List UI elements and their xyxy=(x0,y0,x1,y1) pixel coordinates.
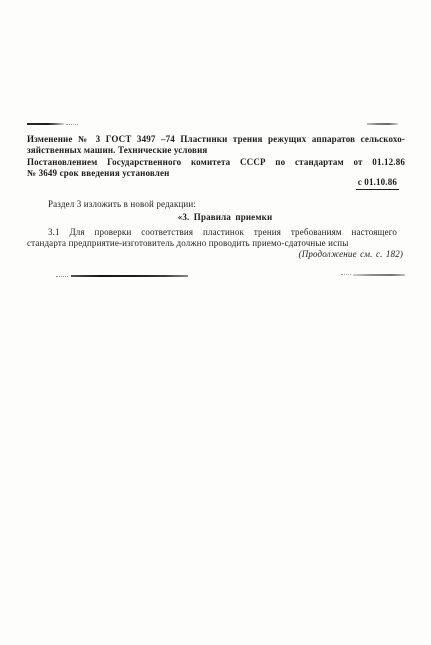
decree-paragraph: Постановлением Государственного комитета… xyxy=(27,157,405,178)
effective-date-row: с 01.10.86 xyxy=(27,177,405,190)
effective-date-value: с 01.10.86 xyxy=(356,177,399,190)
amendment-title-line-1: Изменение № 3 ГОСТ 3497 –74 Пластинки тр… xyxy=(27,134,405,145)
scan-artifact-rule-top-right xyxy=(367,123,398,125)
continuation-note: (Продолжение см. с. 182) xyxy=(27,249,405,260)
scan-artifact-rule-bottom-right xyxy=(353,274,405,276)
scan-artifact-rule-top-left xyxy=(27,123,64,125)
clause-3-1-line-2: стандарта предприятие-изготовитель должн… xyxy=(27,238,397,249)
scanned-document-page: Изменение № 3 ГОСТ 3497 –74 Пластинки тр… xyxy=(0,0,431,645)
scan-artifact-dots-bottom-left xyxy=(56,276,68,277)
scan-artifact-dots-bottom-right xyxy=(341,274,351,275)
revision-instruction: Раздел 3 изложить в новой редакции: xyxy=(27,199,405,210)
clause-3-1-line-1: 3.1 Для проверки соответствия пластинок … xyxy=(27,227,397,238)
amendment-title-paragraph: Изменение № 3 ГОСТ 3497 –74 Пластинки тр… xyxy=(27,134,405,155)
clause-3-1-paragraph: 3.1 Для проверки соответствия пластинок … xyxy=(27,227,397,248)
scan-artifact-dots-top-left xyxy=(66,124,78,125)
scan-artifact-rule-bottom-left xyxy=(71,275,188,277)
amendment-title-line-2: зяйственных машин. Технические условия xyxy=(27,145,405,156)
section-heading: «3. Правила приемки xyxy=(27,212,405,223)
decree-line-1: Постановлением Государственного комитета… xyxy=(27,157,405,168)
